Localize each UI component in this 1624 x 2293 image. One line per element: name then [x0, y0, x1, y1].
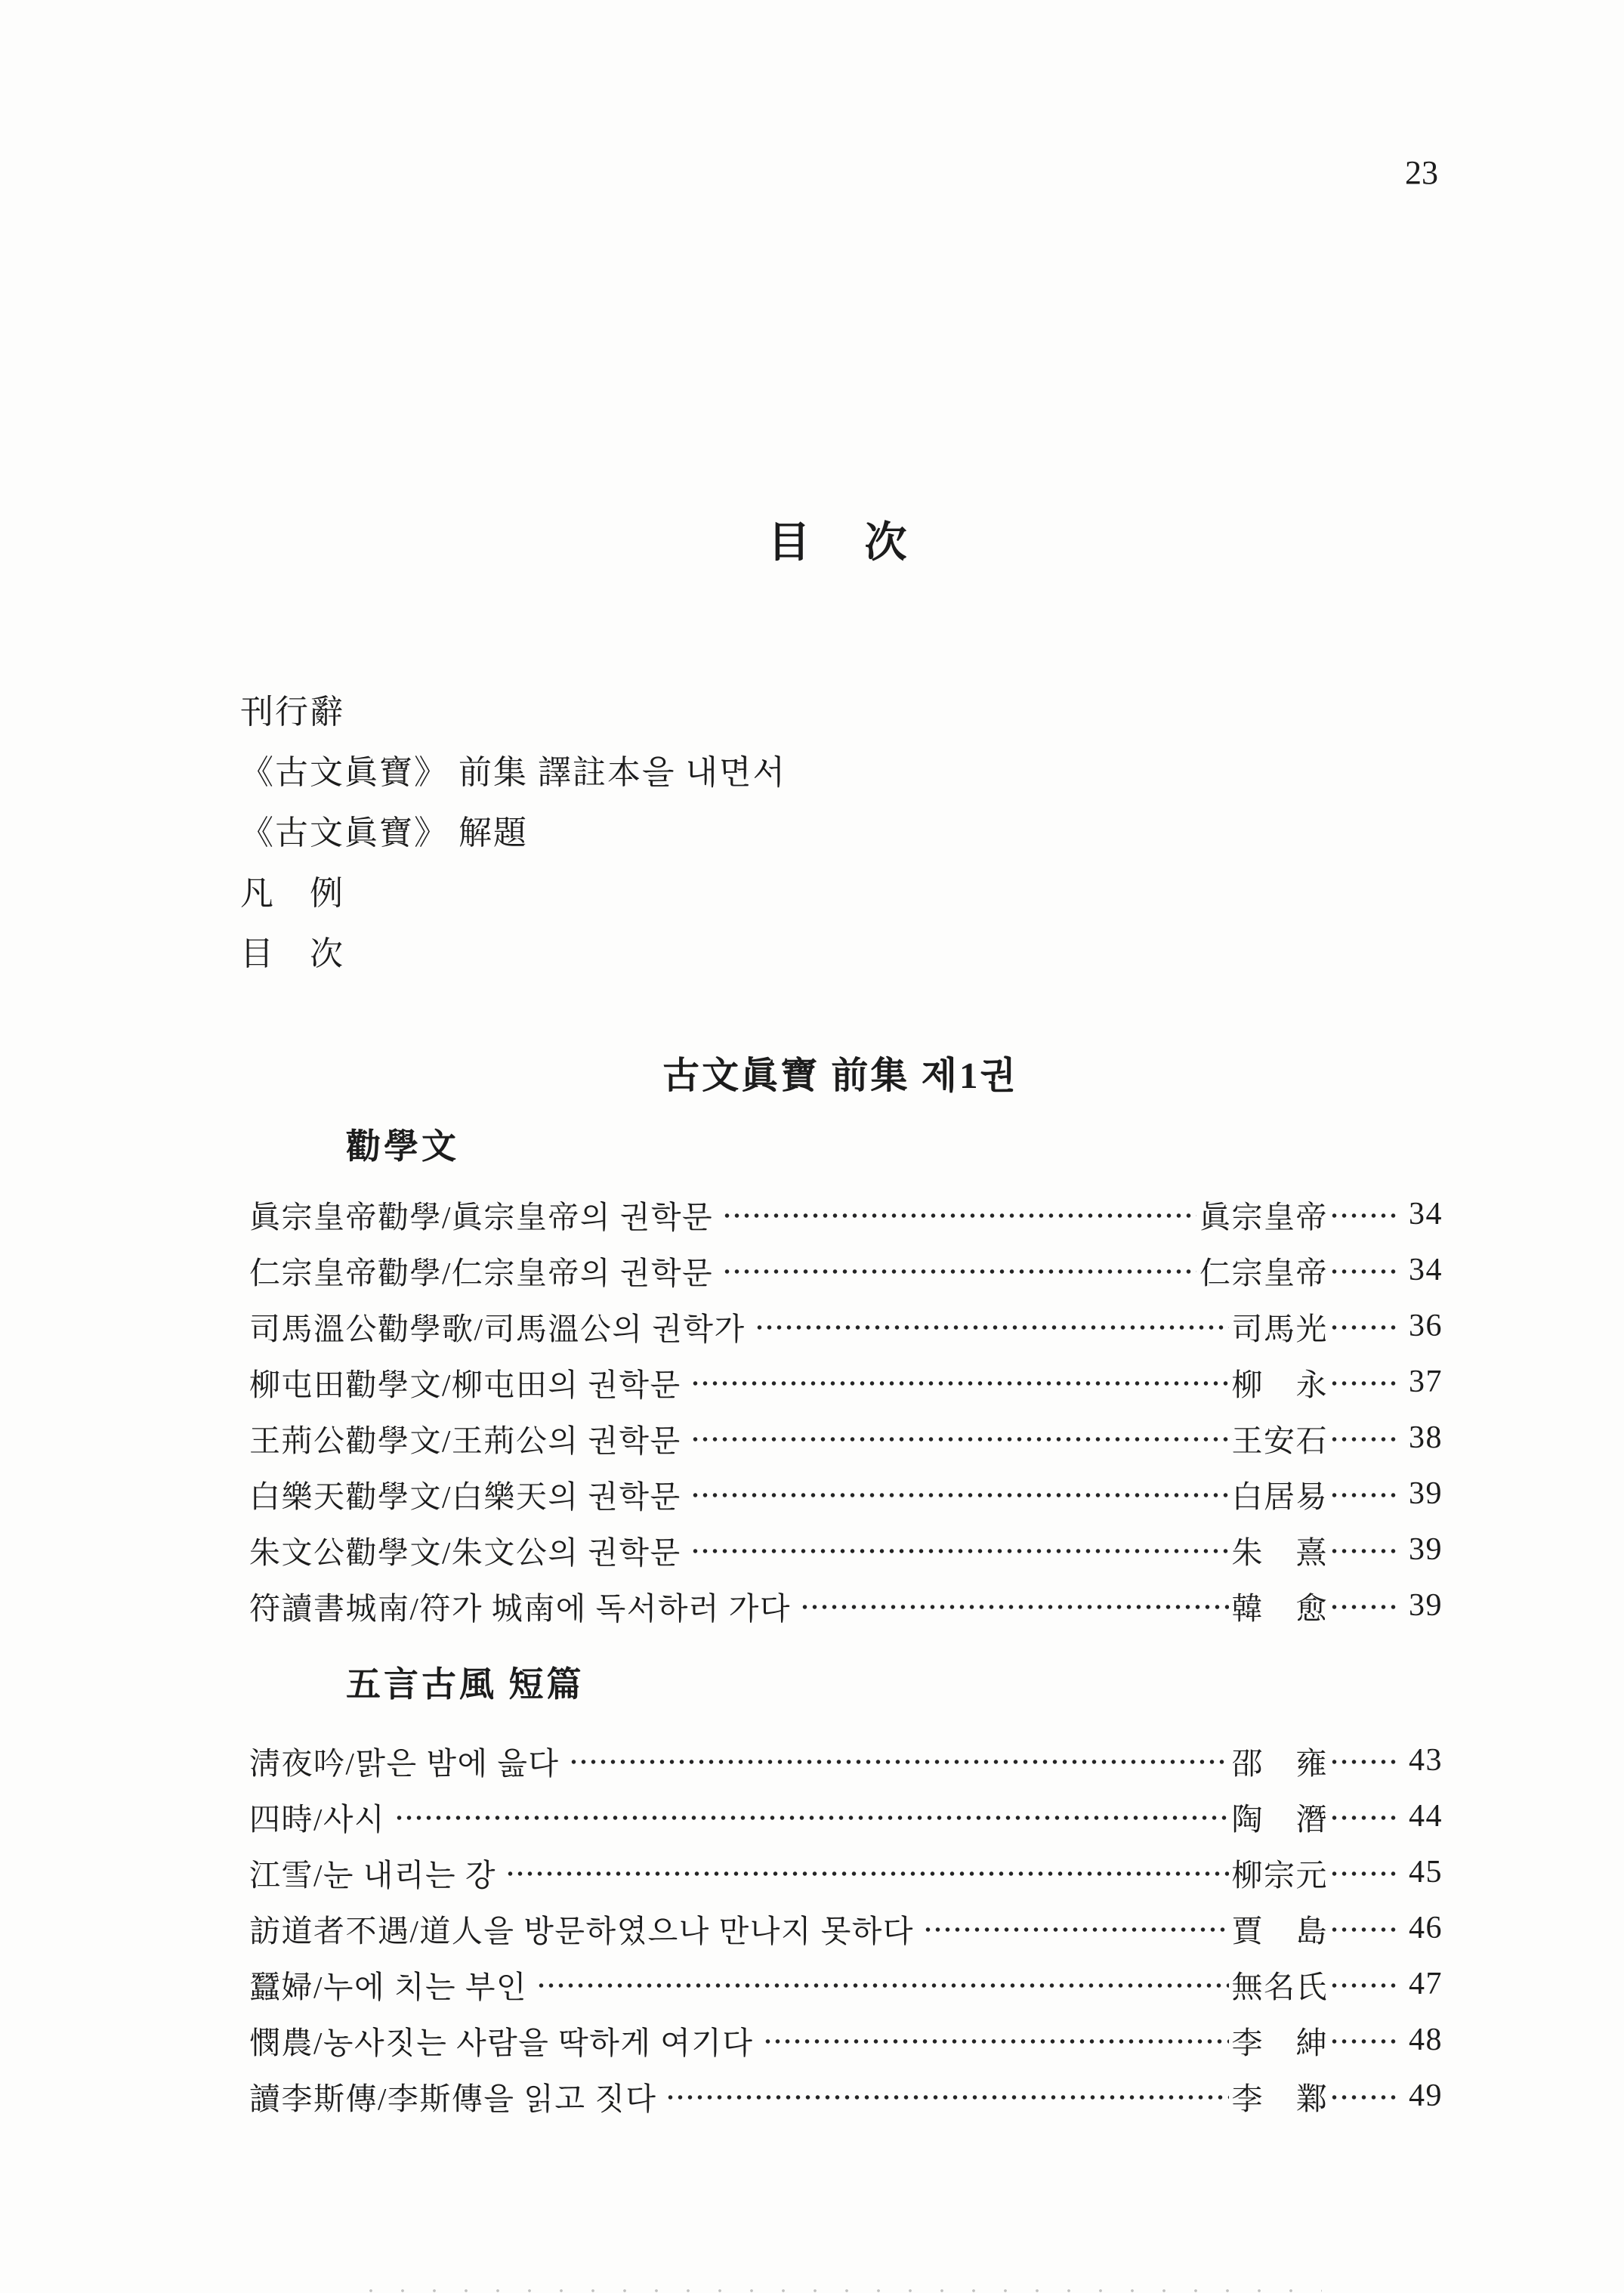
entry-author: 柳宗元: [1232, 1850, 1329, 1895]
entry-page: 37: [1397, 1364, 1443, 1400]
dot-leader-short: [1329, 1210, 1396, 1221]
dot-leader-short: [1329, 1490, 1396, 1500]
entry-page: 34: [1397, 1252, 1443, 1288]
scan-edge-artifact: [355, 2289, 1322, 2292]
entry-page: 46: [1397, 1910, 1443, 1946]
dot-leader: [394, 1812, 1228, 1823]
section-heading-gwonhakmun: 勸學文: [346, 1127, 459, 1167]
entry-author: 司馬光: [1232, 1304, 1329, 1349]
entry-title: 仁宗皇帝勸學/仁宗皇帝의 권학문: [249, 1248, 713, 1293]
table-row: 朱文公勸學文/朱文公의 권학문 朱 熹 39: [249, 1522, 1443, 1578]
dot-leader-short: [1329, 1812, 1396, 1823]
dot-leader-short: [1329, 1322, 1396, 1333]
dot-leader-short: [1329, 1378, 1396, 1389]
dot-leader: [690, 1378, 1229, 1389]
entry-page: 47: [1397, 1966, 1443, 2002]
entry-author: 賈 島: [1232, 1906, 1329, 1951]
dot-leader-short: [1329, 1602, 1396, 1612]
table-row: 白樂天勸學文/白樂天의 권학문 白居易 39: [249, 1466, 1443, 1522]
front-matter-item: 目 次: [240, 937, 786, 972]
toc-section-2: 淸夜吟/맑은 밤에 읊다 邵 雍 43 四時/사시 陶 潛 44 江雪/눈 내리…: [249, 1732, 1443, 2124]
entry-author: 無名氏: [1232, 1962, 1329, 2007]
entry-title: 淸夜吟/맑은 밤에 읊다: [249, 1738, 560, 1783]
entry-title: 蠶婦/누에 치는 부인: [249, 1962, 527, 2007]
dot-leader-short: [1329, 2036, 1396, 2047]
dot-leader: [665, 2092, 1228, 2103]
table-row: 符讀書城南/符가 城南에 독서하러 가다 韓 愈 39: [249, 1578, 1443, 1633]
section-heading-ogon-gopung: 五言古風 短篇: [346, 1665, 585, 1704]
table-row: 王荊公勸學文/王荊公의 권학문 王安石 38: [249, 1410, 1443, 1466]
entry-author: 仁宗皇帝: [1199, 1248, 1328, 1293]
entry-author: 韓 愈: [1232, 1584, 1329, 1628]
table-row: 四時/사시 陶 潛 44: [249, 1788, 1443, 1844]
entry-title: 白樂天勸學文/白樂天의 권학문: [249, 1472, 681, 1516]
scanned-toc-page: 23 目 次 刊行辭 《古文眞寶》 前集 譯註本을 내면서 《古文眞寶》 解題 …: [0, 0, 1624, 2293]
entry-author: 李 鄴: [1232, 2074, 1329, 2118]
entry-title: 讀李斯傳/李斯傳을 읽고 짓다: [249, 2074, 656, 2118]
dot-leader: [690, 1546, 1229, 1556]
entry-author: 邵 雍: [1232, 1738, 1329, 1783]
table-row: 訪道者不遇/道人을 방문하였으나 만나지 못하다 賈 島 46: [249, 1900, 1443, 1956]
dot-leader-short: [1329, 1924, 1396, 1935]
entry-title: 朱文公勸學文/朱文公의 권학문: [249, 1528, 681, 1572]
front-matter-item: 《古文眞寶》 解題: [240, 816, 786, 851]
table-row: 眞宗皇帝勸學/眞宗皇帝의 권학문 眞宗皇帝 34: [249, 1186, 1443, 1242]
dot-leader: [536, 1980, 1228, 1991]
entry-page: 38: [1397, 1420, 1443, 1456]
dot-leader-short: [1329, 1546, 1396, 1556]
dot-leader-short: [1329, 1980, 1396, 1991]
entry-page: 39: [1397, 1587, 1443, 1624]
entry-title: 訪道者不遇/道人을 방문하였으나 만나지 못하다: [249, 1906, 914, 1951]
dot-leader-short: [1329, 1868, 1396, 1879]
entry-page: 44: [1397, 1798, 1443, 1834]
front-matter-item: 刊行辭: [240, 695, 786, 730]
entry-title: 柳屯田勸學文/柳屯田의 권학문: [249, 1360, 681, 1405]
dot-leader: [569, 1757, 1229, 1767]
entry-page: 45: [1397, 1854, 1443, 1890]
dot-leader: [722, 1210, 1196, 1221]
entry-author: 李 紳: [1232, 2018, 1329, 2063]
entry-page: 34: [1397, 1196, 1443, 1232]
dot-leader: [763, 2036, 1229, 2047]
dot-leader-short: [1329, 1434, 1396, 1445]
table-row: 司馬溫公勸學歌/司馬溫公의 권학가 司馬光 36: [249, 1298, 1443, 1354]
front-matter-item: 凡 例: [240, 876, 786, 911]
table-row: 讀李斯傳/李斯傳을 읽고 짓다 李 鄴 49: [249, 2068, 1443, 2124]
entry-author: 陶 潛: [1232, 1794, 1329, 1839]
entry-page: 43: [1397, 1742, 1443, 1778]
entry-page: 39: [1397, 1531, 1443, 1568]
dot-leader-short: [1329, 1757, 1396, 1767]
dot-leader: [722, 1266, 1196, 1277]
entry-title: 司馬溫公勸學歌/司馬溫公의 권학가: [249, 1304, 746, 1349]
entry-page: 39: [1397, 1476, 1443, 1512]
table-row: 憫農/농사짓는 사람을 딱하게 여기다 李 紳 48: [249, 2012, 1443, 2068]
entry-page: 36: [1397, 1308, 1443, 1344]
dot-leader: [690, 1434, 1229, 1445]
dot-leader: [800, 1602, 1229, 1612]
table-row: 蠶婦/누에 치는 부인 無名氏 47: [249, 1956, 1443, 2012]
dot-leader: [690, 1490, 1229, 1500]
table-row: 柳屯田勸學文/柳屯田의 권학문 柳 永 37: [249, 1354, 1443, 1410]
entry-title: 符讀書城南/符가 城南에 독서하러 가다: [249, 1584, 791, 1628]
page-title: 目 次: [238, 516, 1443, 570]
dot-leader-short: [1329, 1266, 1396, 1277]
toc-section-1: 眞宗皇帝勸學/眞宗皇帝의 권학문 眞宗皇帝 34 仁宗皇帝勸學/仁宗皇帝의 권학…: [249, 1186, 1443, 1633]
dot-leader: [923, 1924, 1228, 1935]
volume-title: 古文眞寶 前集 제1권: [238, 1055, 1443, 1097]
table-row: 江雪/눈 내리는 강 柳宗元 45: [249, 1844, 1443, 1900]
front-matter-list: 刊行辭 《古文眞寶》 前集 譯註本을 내면서 《古文眞寶》 解題 凡 例 目 次: [240, 695, 786, 997]
dot-leader-short: [1329, 2092, 1396, 2103]
table-row: 淸夜吟/맑은 밤에 읊다 邵 雍 43: [249, 1732, 1443, 1788]
page-number: 23: [1405, 155, 1438, 191]
entry-author: 柳 永: [1232, 1360, 1329, 1405]
entry-title: 四時/사시: [249, 1794, 385, 1839]
entry-title: 王荊公勸學文/王荊公의 권학문: [249, 1416, 681, 1460]
entry-author: 王安石: [1232, 1416, 1329, 1460]
entry-title: 江雪/눈 내리는 강: [249, 1850, 496, 1895]
entry-author: 朱 熹: [1232, 1528, 1329, 1572]
entry-page: 49: [1397, 2078, 1443, 2114]
entry-title: 眞宗皇帝勸學/眞宗皇帝의 권학문: [249, 1192, 713, 1237]
entry-title: 憫農/농사짓는 사람을 딱하게 여기다: [249, 2018, 754, 2063]
dot-leader: [505, 1868, 1229, 1879]
front-matter-item: 《古文眞寶》 前集 譯註本을 내면서: [240, 756, 786, 790]
entry-author: 眞宗皇帝: [1199, 1192, 1328, 1237]
entry-page: 48: [1397, 2022, 1443, 2058]
entry-author: 白居易: [1232, 1472, 1329, 1516]
table-row: 仁宗皇帝勸學/仁宗皇帝의 권학문 仁宗皇帝 34: [249, 1242, 1443, 1298]
dot-leader: [755, 1322, 1229, 1333]
